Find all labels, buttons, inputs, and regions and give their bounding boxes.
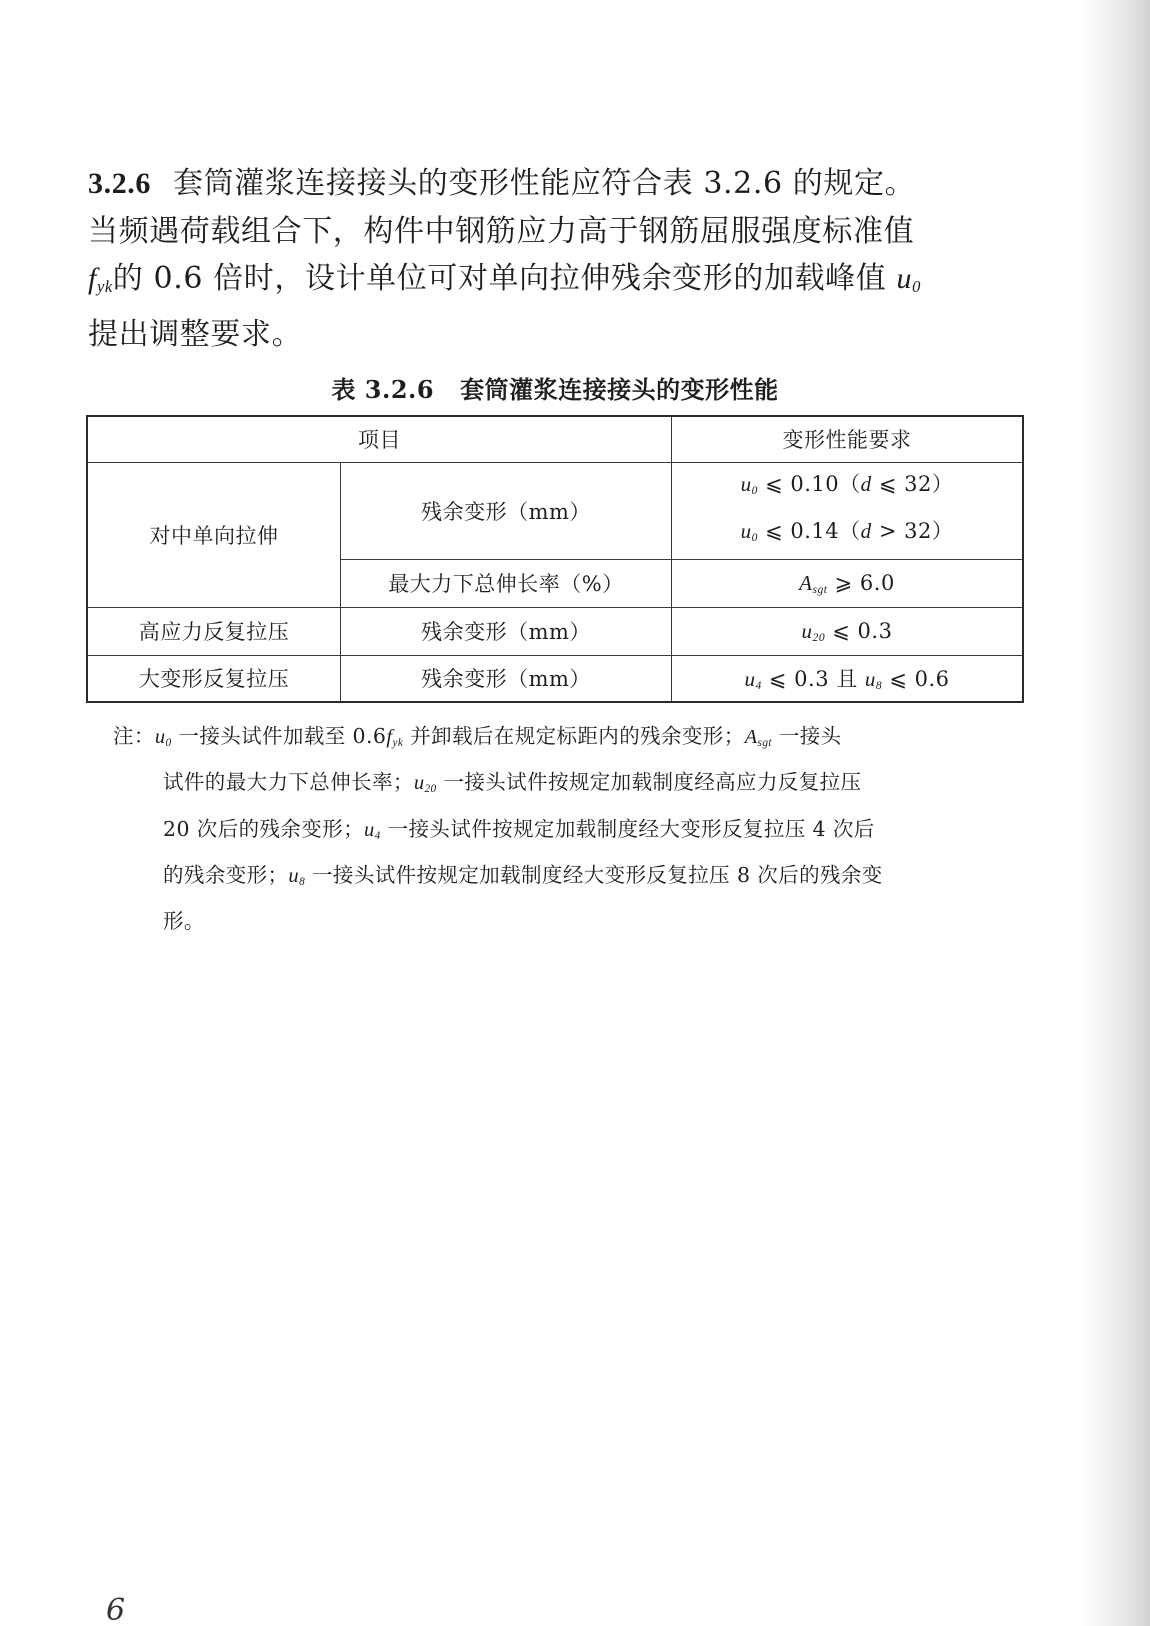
requirement-line: u0 ⩽ 0.10（d ⩽ 32） [672, 464, 1022, 511]
header-requirement: 变形性能要求 [672, 416, 1024, 462]
deformation-performance-table: 项目 变形性能要求 对中单向拉伸 残余变形（mm） u0 ⩽ 0.10（d ⩽ … [86, 415, 1024, 703]
requirement-cell: u0 ⩽ 0.10（d ⩽ 32） u0 ⩽ 0.14（d > 32） [672, 462, 1024, 559]
requirement-cell: u20 ⩽ 0.3 [672, 607, 1024, 655]
table-row: 大变形反复拉压 残余变形（mm） u4 ⩽ 0.3 且 u8 ⩽ 0.6 [87, 655, 1023, 702]
item-cell: 残余变形（mm） [341, 655, 672, 702]
table-row: 高应力反复拉压 残余变形（mm） u20 ⩽ 0.3 [87, 607, 1023, 655]
clause-number: 3.2.6 [88, 167, 151, 200]
clause-paragraph: 3.2.6套筒灌浆连接接头的变形性能应符合表 3.2.6 的规定。 当频遇荷载组… [88, 160, 1028, 358]
note-line-1: 注：u0 一接头试件加载至 0.6fyk 并卸载后在规定标距内的残余变形；Asg… [113, 717, 1025, 763]
symbol-u0: u0 [897, 262, 921, 295]
table-caption-title: 套筒灌浆连接接头的变形性能 [460, 375, 779, 404]
clause-line-2: 当频遇荷载组合下，构件中钢筋应力高于钢筋屈服强度标准值 [88, 208, 1028, 256]
clause-line-3: fyk的 0.6 倍时，设计单位可对单向拉伸残余变形的加载峰值 u0 [88, 255, 1028, 311]
clause-line-4: 提出调整要求。 [88, 311, 1028, 359]
header-item: 项目 [87, 416, 672, 462]
table-row: 对中单向拉伸 残余变形（mm） u0 ⩽ 0.10（d ⩽ 32） u0 ⩽ 0… [87, 462, 1023, 559]
clause-line-1: 3.2.6套筒灌浆连接接头的变形性能应符合表 3.2.6 的规定。 [88, 160, 1028, 208]
requirement-cell: u4 ⩽ 0.3 且 u8 ⩽ 0.6 [672, 655, 1024, 702]
note-line-3: 20 次后的残余变形；u4 一接头试件按规定加载制度经大变形反复拉压 4 次后 [113, 810, 1025, 856]
note-label: 注： [113, 724, 155, 748]
item-cell: 残余变形（mm） [341, 462, 672, 559]
group-cell: 对中单向拉伸 [87, 462, 341, 607]
page-number: 6 [106, 1593, 125, 1626]
page-edge-shadow [1080, 0, 1150, 1626]
table-notes: 注：u0 一接头试件加载至 0.6fyk 并卸载后在规定标距内的残余变形；Asg… [113, 717, 1025, 942]
group-cell: 高应力反复拉压 [87, 607, 341, 655]
item-cell: 残余变形（mm） [341, 607, 672, 655]
table-caption: 表 3.2.6套筒灌浆连接接头的变形性能 [0, 370, 1110, 405]
table-caption-number: 表 3.2.6 [331, 375, 434, 404]
requirement-cell: Asgt ⩾ 6.0 [672, 559, 1024, 607]
table-header-row: 项目 变形性能要求 [87, 416, 1023, 462]
group-cell: 大变形反复拉压 [87, 655, 341, 702]
requirement-line: u0 ⩽ 0.14（d > 32） [672, 511, 1022, 558]
item-cell: 最大力下总伸长率（%） [341, 559, 672, 607]
note-line-4: 的残余变形；u8 一接头试件按规定加载制度经大变形反复拉压 8 次后的残余变 [113, 856, 1025, 902]
note-line-5: 形。 [113, 902, 1025, 942]
symbol-fyk: fyk [88, 262, 113, 295]
note-line-2: 试件的最大力下总伸长率；u20 一接头试件按规定加载制度经高应力反复拉压 [113, 763, 1025, 809]
